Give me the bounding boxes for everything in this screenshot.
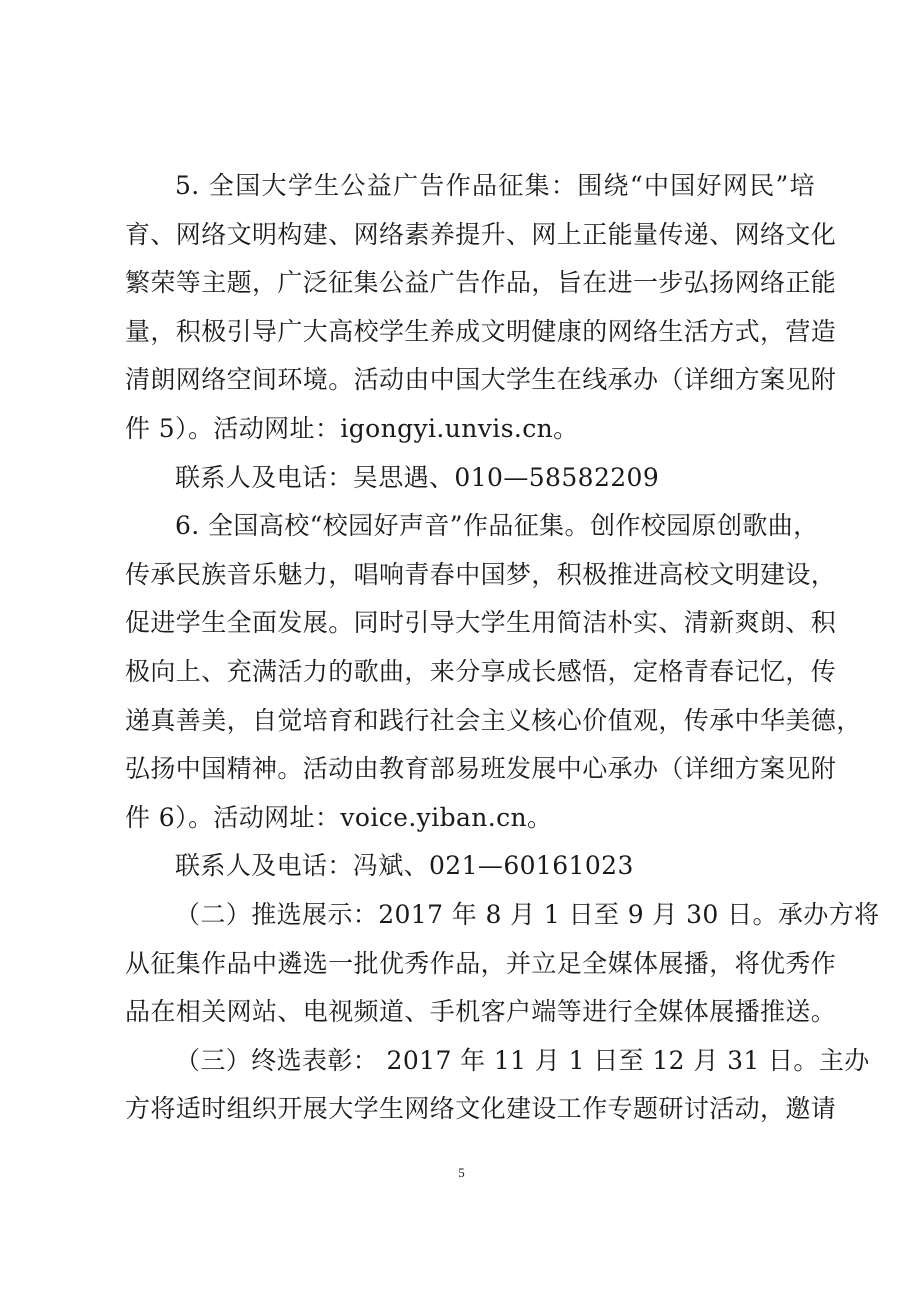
text-line: 极向上、充满活力的歌曲，来分享成长感悟，定格青春记忆，传: [125, 648, 815, 697]
text-line: 育、网络文明构建、网络素养提升、网上正能量传递、网络文化: [125, 211, 815, 260]
contact-line-item-5: 联系人及电话：吴思遇、010—58582209: [125, 454, 815, 503]
text-line: 促进学生全面发展。同时引导大学生用简洁朴实、清新爽朗、积: [125, 599, 815, 648]
text-line: 清朗网络空间环境。活动由中国大学生在线承办（详细方案见附: [125, 356, 815, 405]
text-line: 6. 全国高校“校园好声音”作品征集。创作校园原创歌曲，: [125, 502, 815, 551]
paragraph-stage-3: （三）终选表彰： 2017 年 11 月 1 日至 12 月 31 日。主办 方…: [125, 1037, 815, 1134]
text-line: （二）推选展示：2017 年 8 月 1 日至 9 月 30 日。承办方将: [125, 891, 815, 940]
text-line: 递真善美，自觉培育和践行社会主义核心价值观，传承中华美德，: [125, 697, 815, 746]
text-line: 5. 全国大学生公益广告作品征集：围绕“中国好网民”培: [125, 162, 815, 211]
text-line: 弘扬中国精神。活动由教育部易班发展中心承办（详细方案见附: [125, 745, 815, 794]
text-line: 品在相关网站、电视频道、手机客户端等进行全媒体展播推送。: [125, 988, 815, 1037]
text-line: 繁荣等主题，广泛征集公益广告作品，旨在进一步弘扬网络正能: [125, 259, 815, 308]
text-line: （三）终选表彰： 2017 年 11 月 1 日至 12 月 31 日。主办: [125, 1037, 815, 1086]
document-body: 5. 全国大学生公益广告作品征集：围绕“中国好网民”培 育、网络文明构建、网络素…: [125, 162, 815, 1134]
text-line: 方将适时组织开展大学生网络文化建设工作专题研讨活动，邀请: [125, 1085, 815, 1134]
text-line: 从征集作品中遴选一批优秀作品，并立足全媒体展播，将优秀作: [125, 940, 815, 989]
website-line: 件 6）。活动网址：voice.yiban.cn。: [125, 794, 815, 843]
text-line: 量，积极引导广大高校学生养成文明健康的网络生活方式，营造: [125, 308, 815, 357]
paragraph-stage-2: （二）推选展示：2017 年 8 月 1 日至 9 月 30 日。承办方将 从征…: [125, 891, 815, 1037]
text-line: 传承民族音乐魅力，唱响青春中国梦，积极推进高校文明建设，: [125, 551, 815, 600]
page-number: 5: [0, 1165, 923, 1181]
document-page: 5. 全国大学生公益广告作品征集：围绕“中国好网民”培 育、网络文明构建、网络素…: [0, 0, 923, 1305]
contact-line-item-6: 联系人及电话：冯斌、021—60161023: [125, 842, 815, 891]
website-line: 件 5）。活动网址：igongyi.unvis.cn。: [125, 405, 815, 454]
paragraph-item-6: 6. 全国高校“校园好声音”作品征集。创作校园原创歌曲， 传承民族音乐魅力，唱响…: [125, 502, 815, 842]
paragraph-item-5: 5. 全国大学生公益广告作品征集：围绕“中国好网民”培 育、网络文明构建、网络素…: [125, 162, 815, 454]
